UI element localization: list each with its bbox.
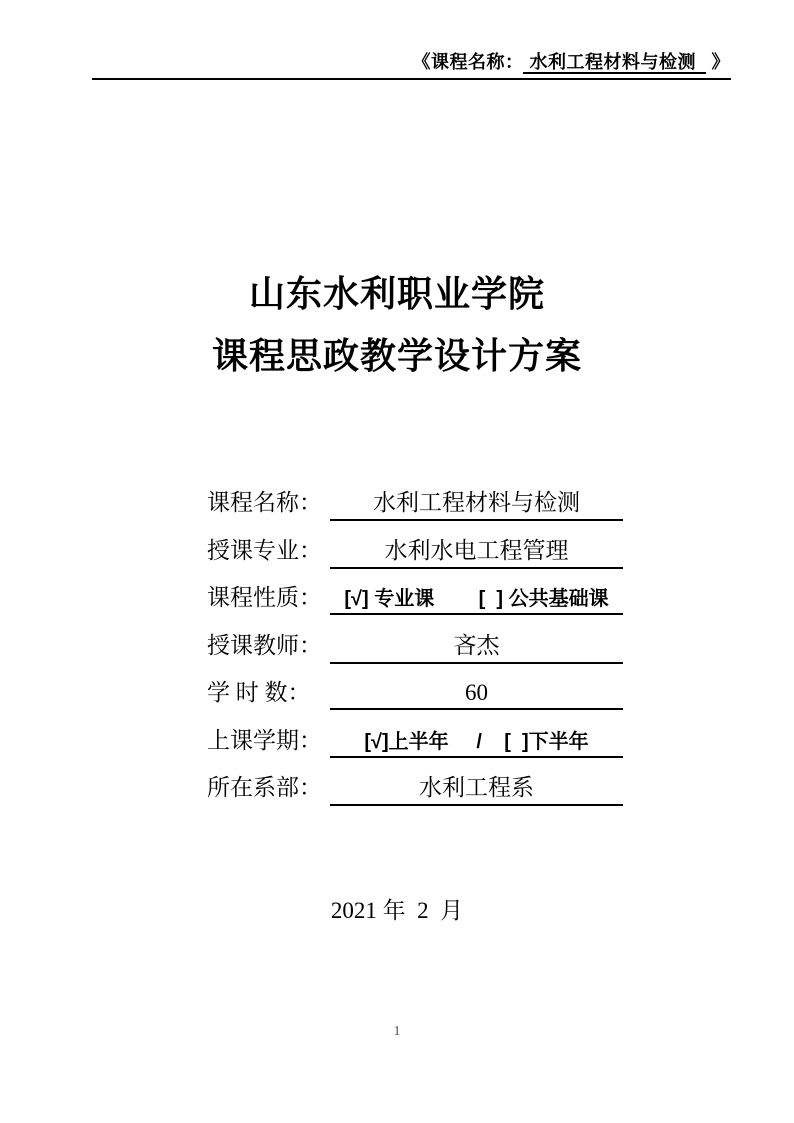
- doc-title-line1: 山东水利职业学院: [0, 274, 794, 314]
- form-row-course-type: 课程性质： [√] 专业课 [ ] 公共基础课: [207, 579, 627, 627]
- header-course-name: 水利工程材料与检测: [523, 52, 706, 74]
- document-page: 《课程名称：水利工程材料与检测 》 山东水利职业学院 课程思政教学设计方案 课程…: [0, 0, 794, 1123]
- form-row-department: 所在系部： 水利工程系: [207, 769, 627, 817]
- form-row-course-name: 课程名称： 水利工程材料与检测: [207, 484, 627, 532]
- doc-title-line2: 课程思政教学设计方案: [0, 336, 794, 376]
- cover-form: 课程名称： 水利工程材料与检测 授课专业： 水利水电工程管理 课程性质： [√]…: [207, 484, 627, 817]
- form-label: 课程性质：: [207, 579, 330, 612]
- form-label: 授课专业：: [207, 532, 330, 565]
- form-label: 学 时 数：: [207, 674, 330, 707]
- form-value-underline: 水利工程材料与检测: [330, 484, 623, 521]
- form-label: 课程名称：: [207, 484, 330, 517]
- header-divider: [92, 78, 731, 80]
- form-value-checkboxes: [√] 专业课 [ ] 公共基础课: [330, 582, 623, 615]
- running-header: 《课程名称：水利工程材料与检测 》: [412, 50, 730, 74]
- doc-date: 2021 年 2 月: [0, 892, 794, 925]
- form-value-underline: 水利水电工程管理: [330, 532, 623, 569]
- form-row-major: 授课专业： 水利水电工程管理: [207, 532, 627, 580]
- header-prefix: 《课程名称：: [412, 52, 523, 72]
- form-row-hours: 学 时 数： 60: [207, 674, 627, 722]
- form-label: 所在系部：: [207, 769, 330, 802]
- form-value-checkboxes: [√]上半年 / [ ]下半年: [330, 725, 623, 758]
- form-label: 上课学期：: [207, 722, 330, 755]
- form-label: 授课教师：: [207, 627, 330, 660]
- form-value-underline: 60: [330, 680, 623, 710]
- form-row-semester: 上课学期： [√]上半年 / [ ]下半年: [207, 722, 627, 770]
- header-suffix: 》: [712, 52, 731, 72]
- page-number: 1: [0, 1024, 794, 1040]
- form-row-teacher: 授课教师： 吝杰: [207, 627, 627, 675]
- form-value-underline: 吝杰: [330, 627, 623, 664]
- form-value-underline: 水利工程系: [330, 769, 623, 806]
